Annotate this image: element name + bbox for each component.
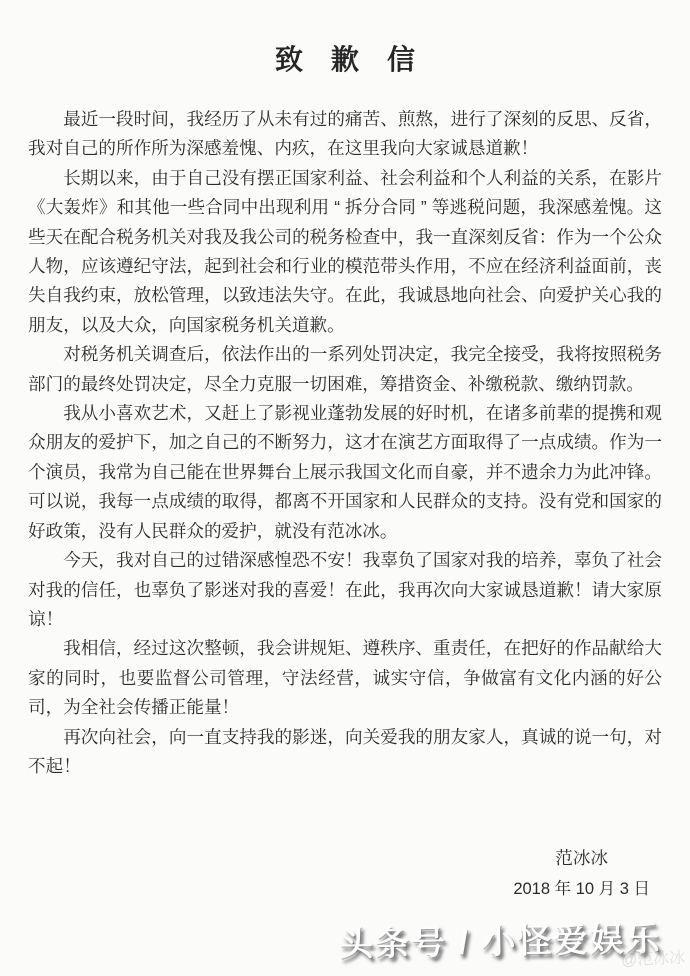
signature-date: 2018 年 10 月 3 日 xyxy=(513,874,650,905)
letter-paragraph: 再次向社会，向一直支持我的影迷，向关爱我的朋友家人，真诚的说一句，对不起！ xyxy=(28,723,662,782)
signature-block: 范冰冰 2018 年 10 月 3 日 xyxy=(0,843,690,905)
apology-letter-document: 致 歉 信 最近一段时间，我经历了从未有过的痛苦、煎熬，进行了深刻的反思、反省，… xyxy=(0,0,690,976)
letter-paragraph: 今天，我对自己的过错深感惶恐不安！我辜负了国家对我的培养，辜负了社会对我的信任，… xyxy=(28,546,662,634)
letter-paragraph: 我相信，经过这次整顿，我会讲规矩、遵秩序、重责任，在把好的作品献给大家的同时，也… xyxy=(28,634,662,722)
letter-paragraph: 我从小喜欢艺术，又赶上了影视业蓬勃发展的好时机，在诸多前辈的提携和观众朋友的爱护… xyxy=(28,399,662,546)
letter-title: 致 歉 信 xyxy=(0,0,690,78)
toutiao-channel-watermark: 头条号 / 小怪爱娱乐 xyxy=(339,911,662,966)
letter-paragraph: 最近一段时间，我经历了从未有过的痛苦、煎熬，进行了深刻的反思、反省，我对自己的所… xyxy=(28,105,662,164)
weibo-faint-watermark: @范冰冰 xyxy=(620,945,685,970)
signature-name: 范冰冰 xyxy=(513,843,650,874)
signature-inner: 范冰冰 2018 年 10 月 3 日 xyxy=(513,843,650,905)
letter-paragraph: 对税务机关调查后，依法作出的一系列处罚决定，我完全接受，我将按照税务部门的最终处… xyxy=(28,340,662,399)
letter-body: 最近一段时间，我经历了从未有过的痛苦、煎熬，进行了深刻的反思、反省，我对自己的所… xyxy=(28,105,662,781)
letter-paragraph: 长期以来，由于自己没有摆正国家利益、社会利益和个人利益的关系，在影片《大轰炸》和… xyxy=(28,164,662,340)
